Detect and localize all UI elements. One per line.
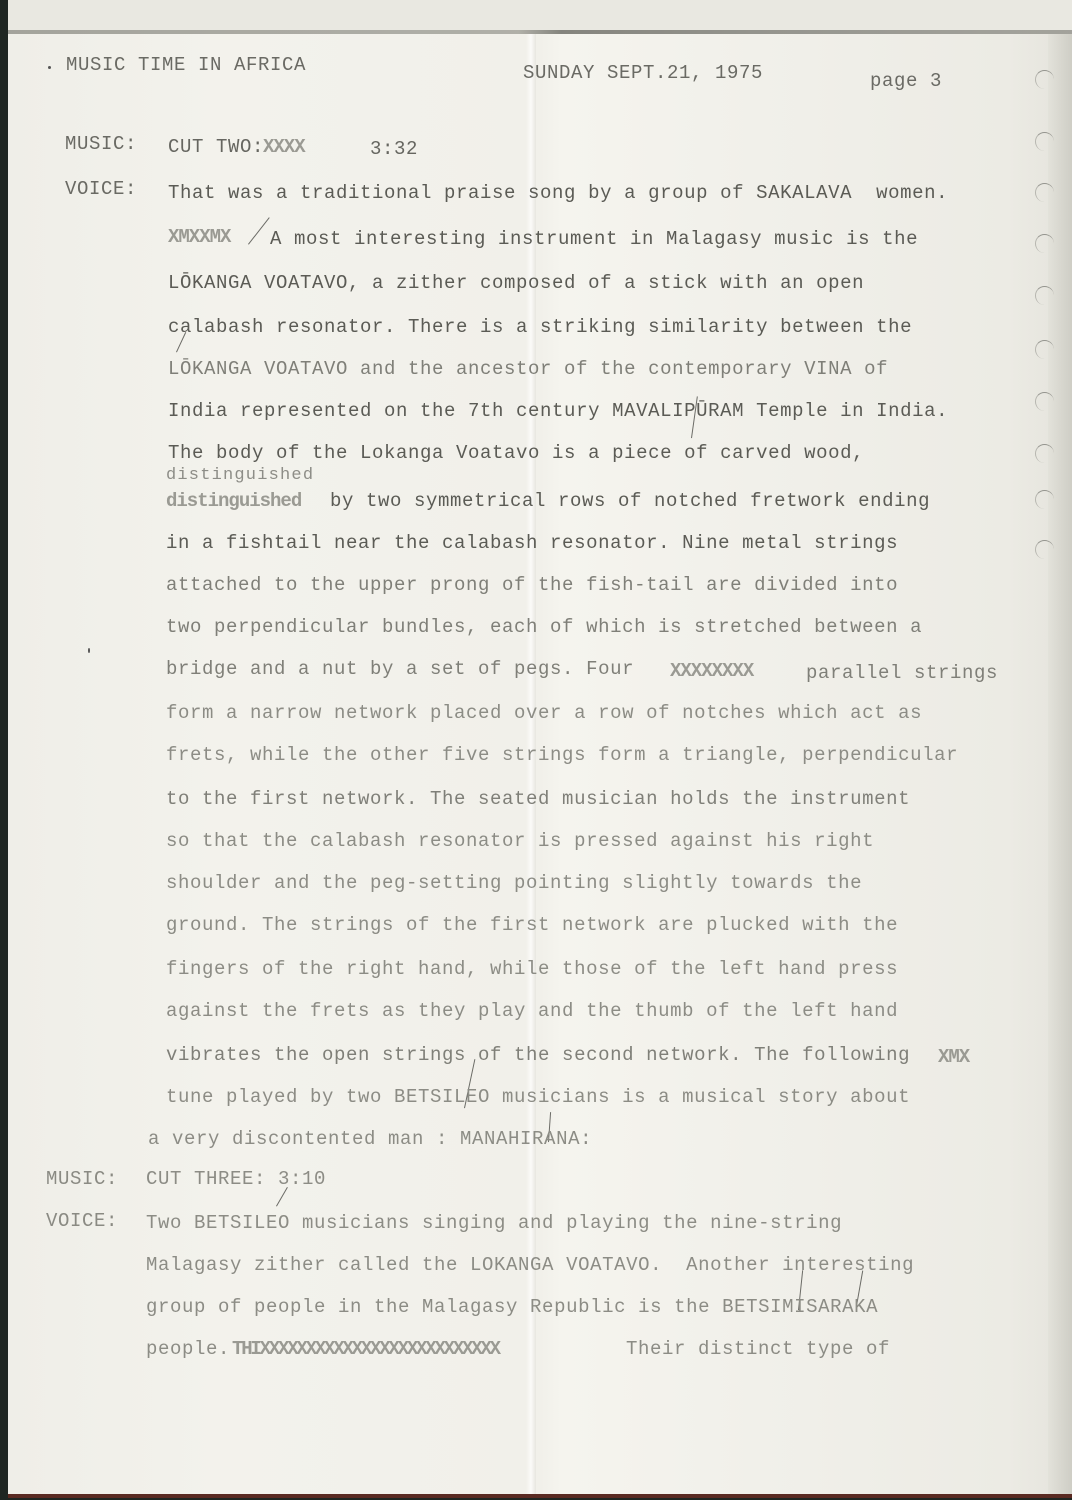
script-line: shoulder and the peg-setting pointing sl… [166,872,862,894]
script-line: calabash resonator. There is a striking … [168,316,912,338]
cue-label-music: MUSIC: [65,133,137,155]
script-line: attached to the upper prong of the fish-… [166,574,898,596]
script-line: India represented on the 7th century MAV… [168,400,948,422]
script-line: ground. The strings of the first network… [166,914,898,936]
script-line: Their distinct type of [626,1338,890,1360]
script-line: against the frets as they play and the t… [166,1000,898,1022]
script-line: Malagasy zither called the LOKANGA VOATA… [146,1254,914,1276]
program-title: MUSIC TIME IN AFRICA [66,54,306,76]
script-line: tune played by two BETSILEO musicians is… [166,1086,910,1108]
script-line: a very discontented man : MANAHIRANA: [148,1128,592,1150]
punch-hole-icon [1035,340,1054,359]
script-line: frets, while the other five strings form… [166,744,958,766]
script-line: group of people in the Malagasy Republic… [146,1296,878,1318]
script-line: LŌKANGA VOATAVO and the ancestor of the … [168,358,888,380]
right-margin-edge [1048,34,1072,1494]
punch-hole-icon [1035,132,1054,151]
struck-text: XMXXMX [168,226,230,248]
broadcast-date: SUNDAY SEPT.21, 1975 [523,62,763,84]
margin-mark [88,648,90,653]
punch-hole-icon [1035,234,1054,253]
script-line: Two BETSILEO musicians singing and playi… [146,1212,842,1234]
script-line: two perpendicular bundles, each of which… [166,616,922,638]
script-line: form a narrow network placed over a row … [166,702,922,724]
script-line: people. [146,1338,230,1360]
paper-fold-line [8,30,1072,34]
script-line: A most interesting instrument in Malagas… [270,228,918,250]
cue-label-voice: VOICE: [46,1210,118,1232]
punch-hole-icon [1035,490,1054,509]
proofreading-slash-mark [248,217,270,244]
margin-dot [48,66,51,69]
paper-top-flap [8,0,1072,30]
cut-two-label: CUT TWO: [168,136,264,158]
script-line: bridge and a nut by a set of pegs. Four [166,658,634,680]
script-line: The body of the Lokanga Voatavo is a pie… [168,442,864,464]
script-line: LŌKANGA VOATAVO, a zither composed of a … [168,272,864,294]
script-line: fingers of the right hand, while those o… [166,958,898,980]
page-number: page 3 [870,70,942,92]
cue-label-music: MUSIC: [46,1168,118,1190]
script-line: by two symmetrical rows of notched fretw… [330,490,930,512]
cut-two-duration: 3:32 [370,138,418,160]
cut-three-label: CUT THREE: 3:10 [146,1168,326,1190]
struck-text: XXXXXXXX [670,660,753,682]
script-line: parallel strings [806,662,998,684]
typed-script-page: MUSIC TIME IN AFRICA SUNDAY SEPT.21, 197… [8,0,1072,1498]
struck-text: XXXX [263,136,305,158]
punch-hole-icon [1035,286,1054,305]
struck-text: distinguished [166,490,301,512]
script-line: to the first network. The seated musicia… [166,788,910,810]
struck-text: XMX [938,1046,969,1068]
struck-text: THIXXXXXXXXXXXXXXXXXXXXXXXXXX [232,1338,499,1360]
punch-hole-icon [1035,540,1054,559]
punch-hole-icon [1035,183,1054,202]
punch-hole-icon [1035,70,1054,89]
script-line: That was a traditional praise song by a … [168,182,948,204]
script-line: so that the calabash resonator is presse… [166,830,874,852]
handwritten-correction: distinguished [166,466,314,485]
cue-label-voice: VOICE: [65,178,137,200]
punch-hole-icon [1035,392,1054,411]
script-line: vibrates the open strings of the second … [166,1044,910,1066]
script-line: in a fishtail near the calabash resonato… [166,532,898,554]
punch-hole-icon [1035,444,1054,463]
